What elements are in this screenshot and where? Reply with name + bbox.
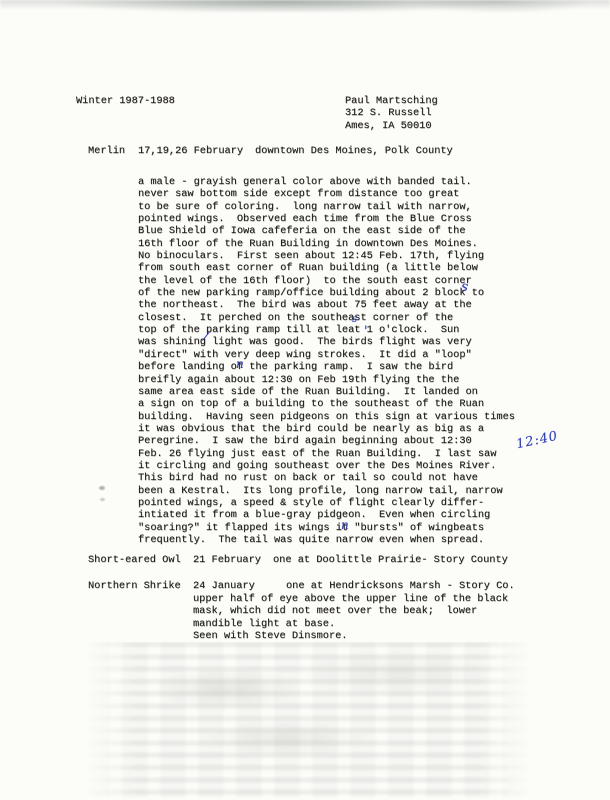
typed-text-line: pointed wings. Observed each time from t… [138, 213, 515, 225]
typed-text-line: a sign on top of a building to the south… [138, 398, 515, 410]
sighting-location-short-eared-owl: one at Doolittle Prairie- Story County [273, 554, 508, 566]
ink-speck [99, 486, 105, 490]
typed-text-line: This bird had no rust on back or tail so… [138, 472, 515, 484]
typed-text-line: been a Kestral. Its long profile, long n… [138, 485, 515, 497]
typed-text-line: Feb. 26 flying just east of the Ruan Bui… [138, 448, 515, 460]
sighting-dates-northern-shrike: 24 January [193, 580, 255, 592]
typed-text-line: to be sure of coloring. long narrow tail… [138, 201, 515, 213]
typed-text-line: 16th floor of the Ruan Building in downt… [138, 238, 515, 250]
typed-text-line: a male - grayish general color above wit… [138, 176, 515, 188]
typed-text-line: the level of the 16th floor) to the sout… [138, 275, 515, 287]
typed-text-line: breifly again about 12:30 on Feb 19th fl… [138, 374, 515, 386]
typed-text-line: was shining light was good. The birds fl… [138, 336, 515, 348]
typed-text-line: Peregrine. I saw the bird again beginnin… [138, 435, 515, 447]
margin-time-note: 12:40 [515, 429, 560, 453]
typed-text-line: top of the parking ramp till at leat 1 o… [138, 324, 515, 336]
typed-text-line: "direct" with very deep wing strokes. It… [138, 349, 515, 361]
species-name-merlin: Merlin [88, 145, 125, 157]
typed-text-line: "soaring?" it flapped its wings it "burs… [138, 522, 515, 534]
sighting-dates-short-eared-owl: 21 February [193, 554, 261, 566]
typed-text-line: Blue Shield of Iowa cafeferia on the eas… [138, 225, 515, 237]
author-street: 312 S. Russell [345, 107, 432, 119]
typed-text-line: Seen with Steve Dinsmore. [193, 630, 508, 642]
typed-text-line: it circling and going southeast over the… [138, 460, 515, 472]
scan-edge-artifact [0, 0, 610, 12]
typed-text-line: it was obvious that the bird could be ne… [138, 423, 515, 435]
typed-text-line: mandible light at base. [193, 618, 508, 630]
sighting-location-merlin: downtown Des Moines, Polk County [255, 145, 453, 157]
bleed-through-ghost-text [84, 642, 532, 798]
typed-text-line: from south east corner of Ruan building … [138, 262, 515, 274]
species-name-short-eared-owl: Short-eared Owl [88, 554, 181, 566]
scanned-letter-page: Winter 1987-1988 Paul Martsching312 S. R… [0, 0, 610, 800]
typed-text-line: never saw bottom side except from distan… [138, 188, 515, 200]
author-address-block: Paul Martsching312 S. RussellAmes, IA 50… [345, 95, 438, 132]
sighting-description-northern-shrike: upper half of eye above the upper line o… [193, 593, 508, 642]
typed-text-line: the northeast. The bird was about 75 fee… [138, 299, 515, 311]
typed-text-line: upper half of eye above the upper line o… [193, 593, 508, 605]
sighting-description-merlin: a male - grayish general color above wit… [138, 176, 515, 546]
author-name: Paul Martsching [345, 95, 438, 107]
typed-text-line: before landing of the parking ramp. I sa… [138, 361, 515, 373]
typed-text-line: building. Having seen pidgeons on this s… [138, 411, 515, 423]
typed-text-line: mask, which did not meet over the beak; … [193, 605, 508, 617]
author-city: Ames, IA 50010 [345, 120, 432, 132]
typed-text-line: pointed wings, a speed & style of flight… [138, 497, 515, 509]
typed-text-line: same area east side of the Ruan Building… [138, 386, 515, 398]
typed-text-line: intiated it from a blue-gray pidgeon. Ev… [138, 509, 515, 521]
sighting-location-northern-shrike: one at Hendricksons Marsh - Story Co. [286, 580, 515, 592]
typed-text-line: frequently. The tail was quite narrow ev… [138, 534, 515, 546]
species-name-northern-shrike: Northern Shrike [88, 580, 181, 592]
typed-text-line: closest. It perched on the southeast cor… [138, 312, 515, 324]
typed-text-line: No binoculars. First seen about 12:45 Fe… [138, 250, 515, 262]
typed-text-line: of the new parking ramp/office building … [138, 287, 515, 299]
ink-speck [100, 498, 105, 501]
season-label: Winter 1987-1988 [76, 95, 175, 107]
sighting-dates-merlin: 17,19,26 February [138, 145, 243, 157]
